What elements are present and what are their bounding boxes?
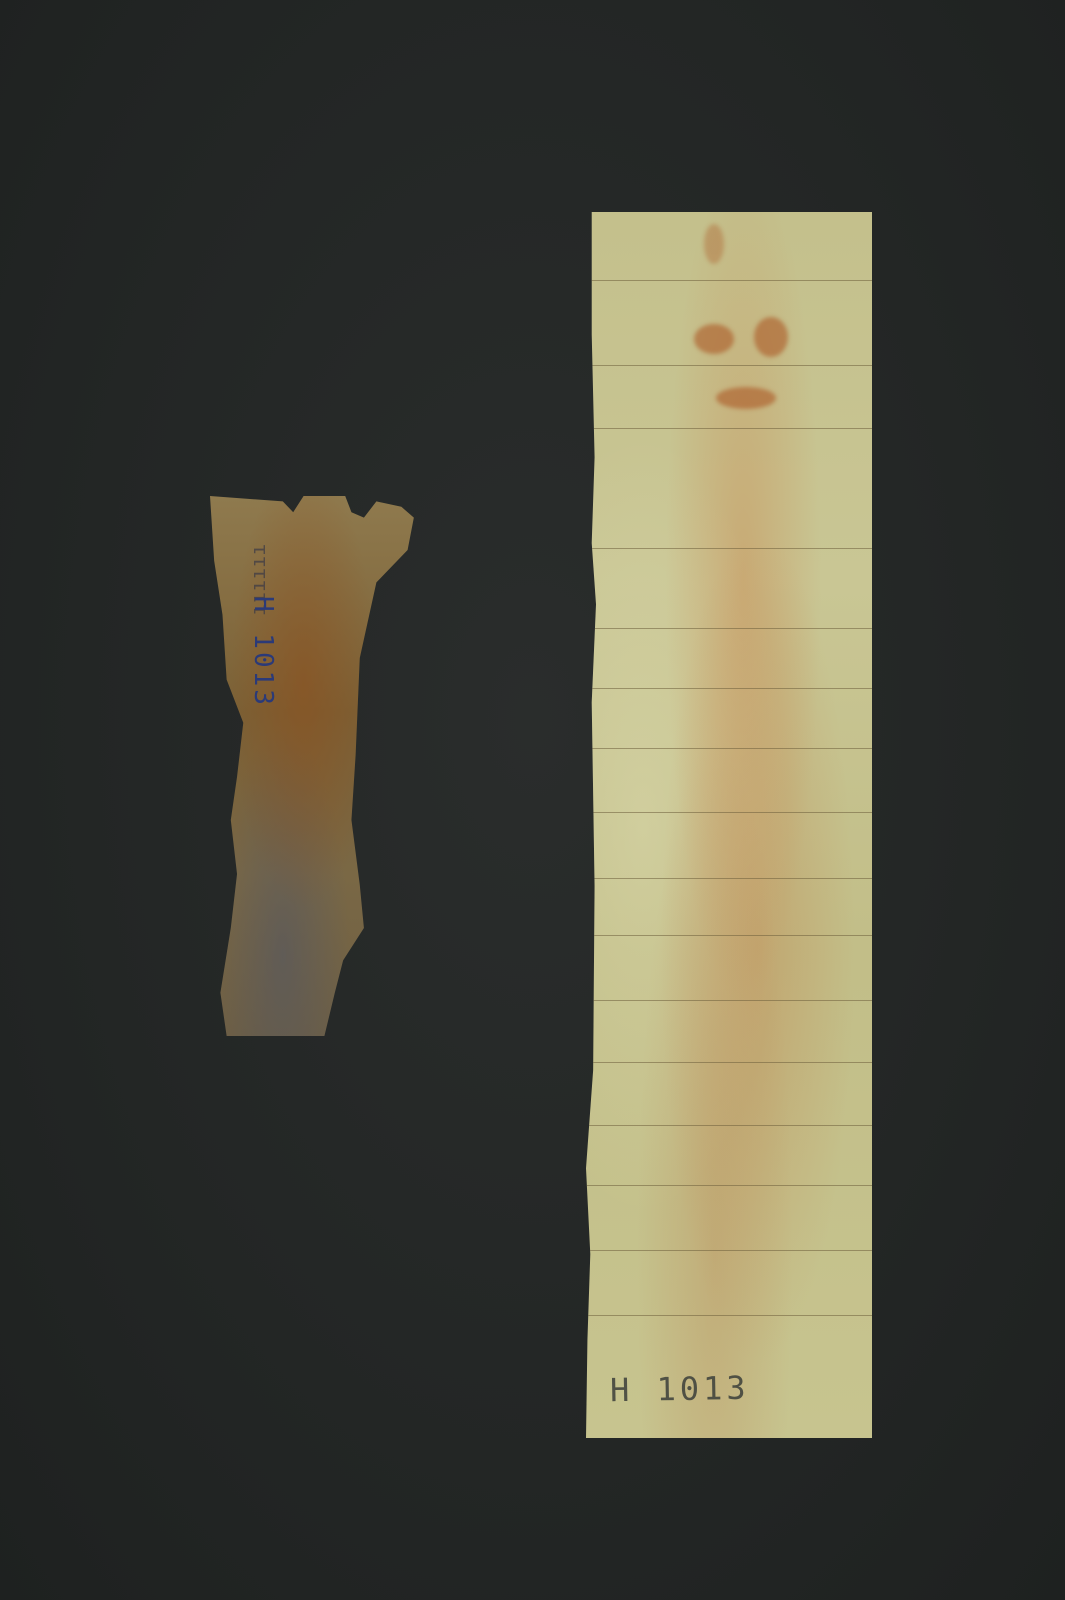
ruling-line <box>586 878 872 879</box>
ink-stain <box>716 387 776 409</box>
left-parchment-fragment: ıııııı H 1013 <box>210 496 418 1036</box>
photograph-scene: ıııııı H 1013 H 1013 <box>0 0 1065 1600</box>
right-parchment-strip: H 1013 <box>586 212 872 1438</box>
ruling-line <box>586 1062 872 1063</box>
ink-stain <box>704 224 724 264</box>
ink-stain <box>754 317 788 357</box>
ruling-line <box>586 1250 872 1251</box>
ruling-line <box>586 280 872 281</box>
ruling-line <box>586 1185 872 1186</box>
ruling-line <box>586 935 872 936</box>
ruling-line <box>586 1000 872 1001</box>
ruling-line <box>586 628 872 629</box>
ruling-line <box>586 688 872 689</box>
ruling-line <box>586 1125 872 1126</box>
ruling-line <box>586 812 872 813</box>
ruling-line <box>586 748 872 749</box>
ruling-line <box>586 428 872 429</box>
ink-stain <box>694 324 734 354</box>
fragment-shelfmark-label: H 1013 <box>248 596 278 708</box>
shelfmark-label: H 1013 <box>610 1369 750 1409</box>
ruling-line <box>586 365 872 366</box>
ruling-line <box>586 1315 872 1316</box>
ruling-line <box>586 548 872 549</box>
